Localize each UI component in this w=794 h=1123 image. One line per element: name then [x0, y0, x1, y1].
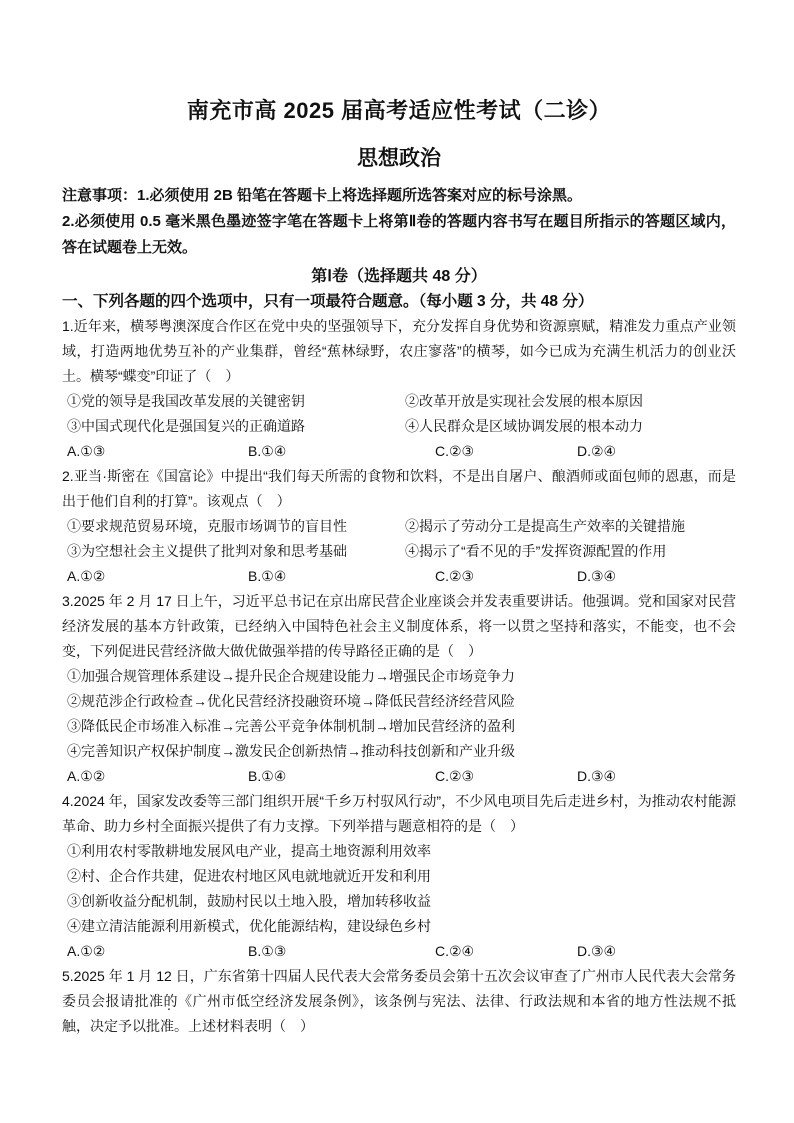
question-3-option-3: ③降低民企市场准入标准→完善公平竞争体制机制→增加民营经济的盈利: [67, 714, 736, 739]
question-2-option-3: ③为空想社会主义提供了批判对象和思考基础: [67, 539, 405, 564]
question-2-option-4: ④揭示了“看不见的手”发挥资源配置的作用: [405, 539, 736, 564]
question-3-options: ①加强合规管理体系建设→提升民企合规建设能力→增强民企市场竞争力 ②规范涉企行政…: [62, 664, 736, 764]
question-2-options: ①要求规范贸易环境，克服市场调节的盲目性 ②揭示了劳动分工是提高生产效率的关键措…: [62, 514, 736, 564]
question-1-options: ①党的领导是我国改革发展的关键密钥 ②改革开放是实现社会发展的根本原因 ③中国式…: [62, 389, 736, 439]
question-4-choices: A.①② B.①③ C.②④ D.③④: [62, 939, 736, 964]
question-2-choices: A.①② B.①④ C.②③ D.③④: [62, 564, 736, 589]
section-1-instruction: 一、下列各题的四个选项中，只有一项最符合题意。（每小题 3 分，共 48 分）: [62, 289, 736, 314]
question-1-option-4: ④人民群众是区域协调发展的根本动力: [405, 414, 736, 439]
question-3-option-4: ④完善知识产权保护制度→激发民企创新热情→推动科技创新和产业升级: [67, 739, 736, 764]
notice-line-1: 注意事项：1.必须使用 2B 铅笔在答题卡上将选择题所选答案对应的标号涂黑。: [62, 183, 736, 209]
page-content: 南充市高 2025 届高考适应性考试（二诊） 思想政治 注意事项：1.必须使用 …: [62, 94, 736, 1039]
question-2-option-2: ②揭示了劳动分工是提高生产效率的关键措施: [405, 514, 736, 539]
question-2-option-1: ①要求规范贸易环境，克服市场调节的盲目性: [67, 514, 405, 539]
question-1: 1.近年来，横琴粤澳深度合作区在党中央的坚强领导下，充分发挥自身优势和资源禀赋，…: [62, 314, 736, 464]
question-3-choice-b: B.①④: [248, 764, 435, 789]
question-4-stem: 4.2024 年，国家发改委等三部门组织开展“千乡万村驭风行动”，不少风电项目先…: [62, 789, 736, 839]
question-2: 2.亚当·斯密在《国富论》中提出“我们每天所需的食物和饮料，不是出自屠户、酿酒师…: [62, 464, 736, 589]
question-4-option-3: ③创新收益分配机制，鼓励村民以土地入股，增加转移收益: [67, 889, 736, 914]
question-4-choice-d: D.③④: [577, 939, 616, 964]
question-1-option-2: ②改革开放是实现社会发展的根本原因: [405, 389, 736, 414]
question-4-option-2: ②村、企合作共建，促进农村地区风电就地就近开发和利用: [67, 864, 736, 889]
question-4: 4.2024 年，国家发改委等三部门组织开展“千乡万村驭风行动”，不少风电项目先…: [62, 789, 736, 964]
question-1-choice-d: D.②④: [577, 439, 616, 464]
question-3-choice-d: D.③④: [577, 764, 616, 789]
question-3-choice-c: C.②③: [435, 764, 577, 789]
question-2-choice-d: D.③④: [577, 564, 616, 589]
question-1-choice-a: A.①③: [67, 439, 248, 464]
question-5-stem: 5.2025 年 1 月 12 日，广东省第十四届人民代表大会常务委员会第十五次…: [62, 964, 736, 1039]
question-2-choice-a: A.①②: [67, 564, 248, 589]
question-4-choice-a: A.①②: [67, 939, 248, 964]
question-3-choices: A.①② B.①④ C.②③ D.③④: [62, 764, 736, 789]
question-2-choice-c: C.②③: [435, 564, 577, 589]
part-1-header: 第Ⅰ卷（选择题共 48 分）: [62, 264, 736, 289]
question-5: 5.2025 年 1 月 12 日，广东省第十四届人民代表大会常务委员会第十五次…: [62, 964, 736, 1039]
question-3-choice-a: A.①②: [67, 764, 248, 789]
question-4-option-4: ④建立清洁能源利用新模式，优化能源结构，建设绿色乡村: [67, 914, 736, 939]
question-3: 3.2025 年 2 月 17 日上午，习近平总书记在京出席民营企业座谈会并发表…: [62, 589, 736, 789]
question-1-option-1: ①党的领导是我国改革发展的关键密钥: [67, 389, 405, 414]
question-1-choice-b: B.①④: [248, 439, 435, 464]
question-1-stem: 1.近年来，横琴粤澳深度合作区在党中央的坚强领导下，充分发挥自身优势和资源禀赋，…: [62, 314, 736, 389]
question-1-option-3: ③中国式现代化是强国复兴的正确道路: [67, 414, 405, 439]
question-2-choice-b: B.①④: [248, 564, 435, 589]
question-1-choice-c: C.②③: [435, 439, 577, 464]
question-3-option-2: ②规范涉企行政检查→优化民营经济投融资环境→降低民营经济经营风险: [67, 689, 736, 714]
paper-title: 南充市高 2025 届高考适应性考试（二诊）: [62, 94, 736, 125]
question-4-choice-b: B.①③: [248, 939, 435, 964]
exam-paper-page: 南充市高 2025 届高考适应性考试（二诊） 思想政治 注意事项：1.必须使用 …: [0, 0, 794, 1123]
question-4-option-1: ①利用农村零散耕地发展风电产业，提高土地资源利用效率: [67, 839, 736, 864]
paper-subject: 思想政治: [62, 142, 736, 172]
question-4-choice-c: C.②④: [435, 939, 577, 964]
stray-period-mark: .: [167, 997, 171, 1013]
question-1-choices: A.①③ B.①④ C.②③ D.②④: [62, 439, 736, 464]
notice-line-2: 2.必须使用 0.5 毫米黑色墨迹签字笔在答题卡上将第Ⅱ卷的答题内容书写在题目所…: [62, 209, 736, 261]
question-2-stem: 2.亚当·斯密在《国富论》中提出“我们每天所需的食物和饮料，不是出自屠户、酿酒师…: [62, 464, 736, 514]
question-4-options: ①利用农村零散耕地发展风电产业，提高土地资源利用效率 ②村、企合作共建，促进农村…: [62, 839, 736, 939]
question-3-stem: 3.2025 年 2 月 17 日上午，习近平总书记在京出席民营企业座谈会并发表…: [62, 589, 736, 664]
question-3-option-1: ①加强合规管理体系建设→提升民企合规建设能力→增强民企市场竞争力: [67, 664, 736, 689]
